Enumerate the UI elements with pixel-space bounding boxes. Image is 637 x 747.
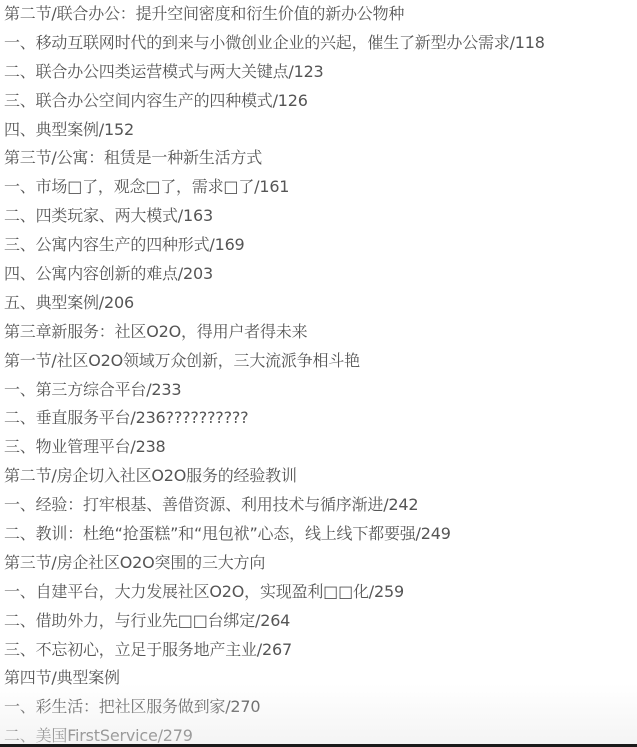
toc-section-heading: 第一节/社区O2O领域万众创新，三大流派争相斗艳 [4,347,637,376]
toc-entry: 三、联合办公空间内容生产的四种模式/126 [4,87,637,116]
toc-entry: 一、彩生活：把社区服务做到家/270 [4,693,637,722]
toc-chapter-heading: 第三章新服务：社区O2O，得用户者得未来 [4,318,637,347]
toc-entry: 五、典型案例/206 [4,289,637,318]
toc-entry: 一、移动互联网时代的到来与小微创业企业的兴起，催生了新型办公需求/118 [4,29,637,58]
toc-entry: 二、垂直服务平台/236?????????? [4,404,637,433]
toc-entry: 四、典型案例/152 [4,116,637,145]
toc-entry: 一、经验：打牢根基、善借资源、利用技术与循序渐进/242 [4,491,637,520]
toc-entry: 三、公寓内容生产的四种形式/169 [4,231,637,260]
toc-section-heading: 第三节/公寓：租赁是一种新生活方式 [4,144,637,173]
table-of-contents: 第二节/联合办公：提升空间密度和衍生价值的新办公物种 一、移动互联网时代的到来与… [4,0,637,747]
toc-entry: 一、第三方综合平台/233 [4,376,637,405]
toc-entry: 二、四类玩家、两大模式/163 [4,202,637,231]
toc-section-heading: 第二节/联合办公：提升空间密度和衍生价值的新办公物种 [4,0,637,29]
toc-entry: 二、联合办公四类运营模式与两大关键点/123 [4,58,637,87]
toc-entry: 一、自建平台，大力发展社区O2O，实现盈利□□化/259 [4,578,637,607]
toc-entry: 二、借助外力，与行业先□□台绑定/264 [4,607,637,636]
toc-section-heading: 第三节/房企社区O2O突围的三大方向 [4,549,637,578]
toc-entry: 二、教训：杜绝“抢蛋糕”和“甩包袱”心态，线上线下都要强/249 [4,520,637,549]
toc-section-heading: 第二节/房企切入社区O2O服务的经验教训 [4,462,637,491]
toc-entry: 三、物业管理平台/238 [4,433,637,462]
toc-entry: 三、不忘初心，立足于服务地产主业/267 [4,636,637,665]
toc-entry: 四、公寓内容创新的难点/203 [4,260,637,289]
toc-section-heading: 第四节/典型案例 [4,664,637,693]
toc-entry: 一、市场□了，观念□了，需求□了/161 [4,173,637,202]
